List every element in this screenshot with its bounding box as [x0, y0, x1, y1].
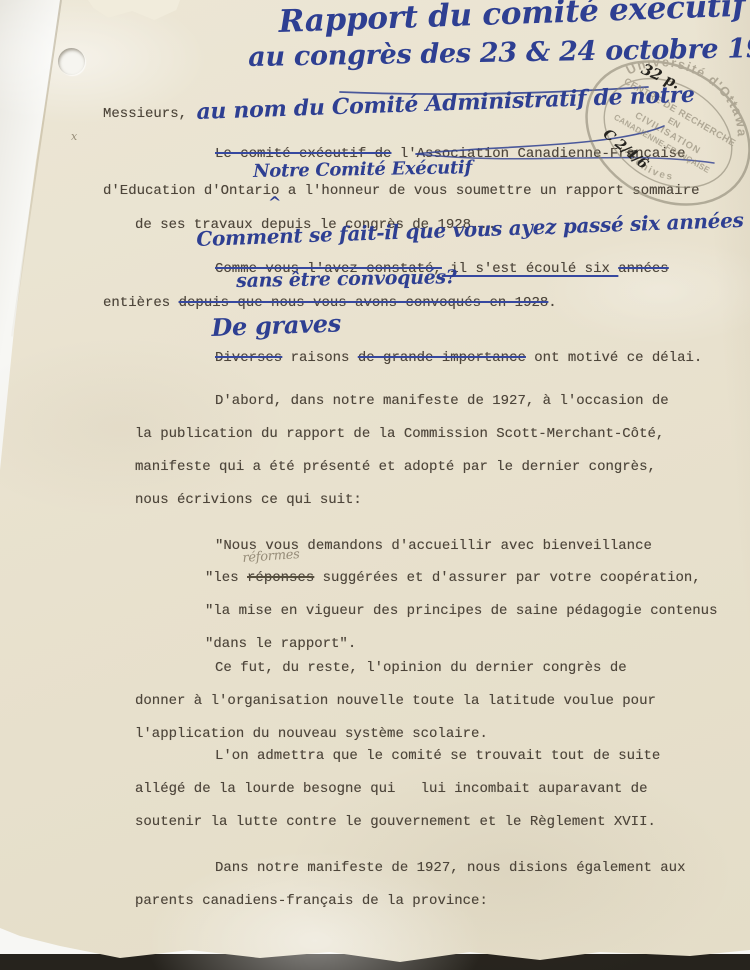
insert-de-graves: De graves	[211, 308, 341, 342]
scanned-document-page: Messieurs,Le comité exécutif de l'Associ…	[0, 0, 750, 970]
insert-notre-comite: Notre Comité Exécutif	[253, 157, 472, 182]
pencil-x-mark: x	[71, 130, 77, 143]
insert-au-nom: au nom du Comité Administratif de notre	[196, 82, 695, 125]
insert-sans-etre: sans être convoqués?	[236, 266, 457, 292]
pencil-reformes: réformes	[242, 547, 300, 566]
archive-code-note: C 2/4/6	[600, 126, 651, 173]
caret-mark: ^	[268, 193, 281, 212]
handwriting-layer: Rapport du comité exécutifau congrès des…	[0, 0, 750, 970]
insert-comment: Comment se fait-il que vous ayez passé s…	[196, 208, 744, 251]
